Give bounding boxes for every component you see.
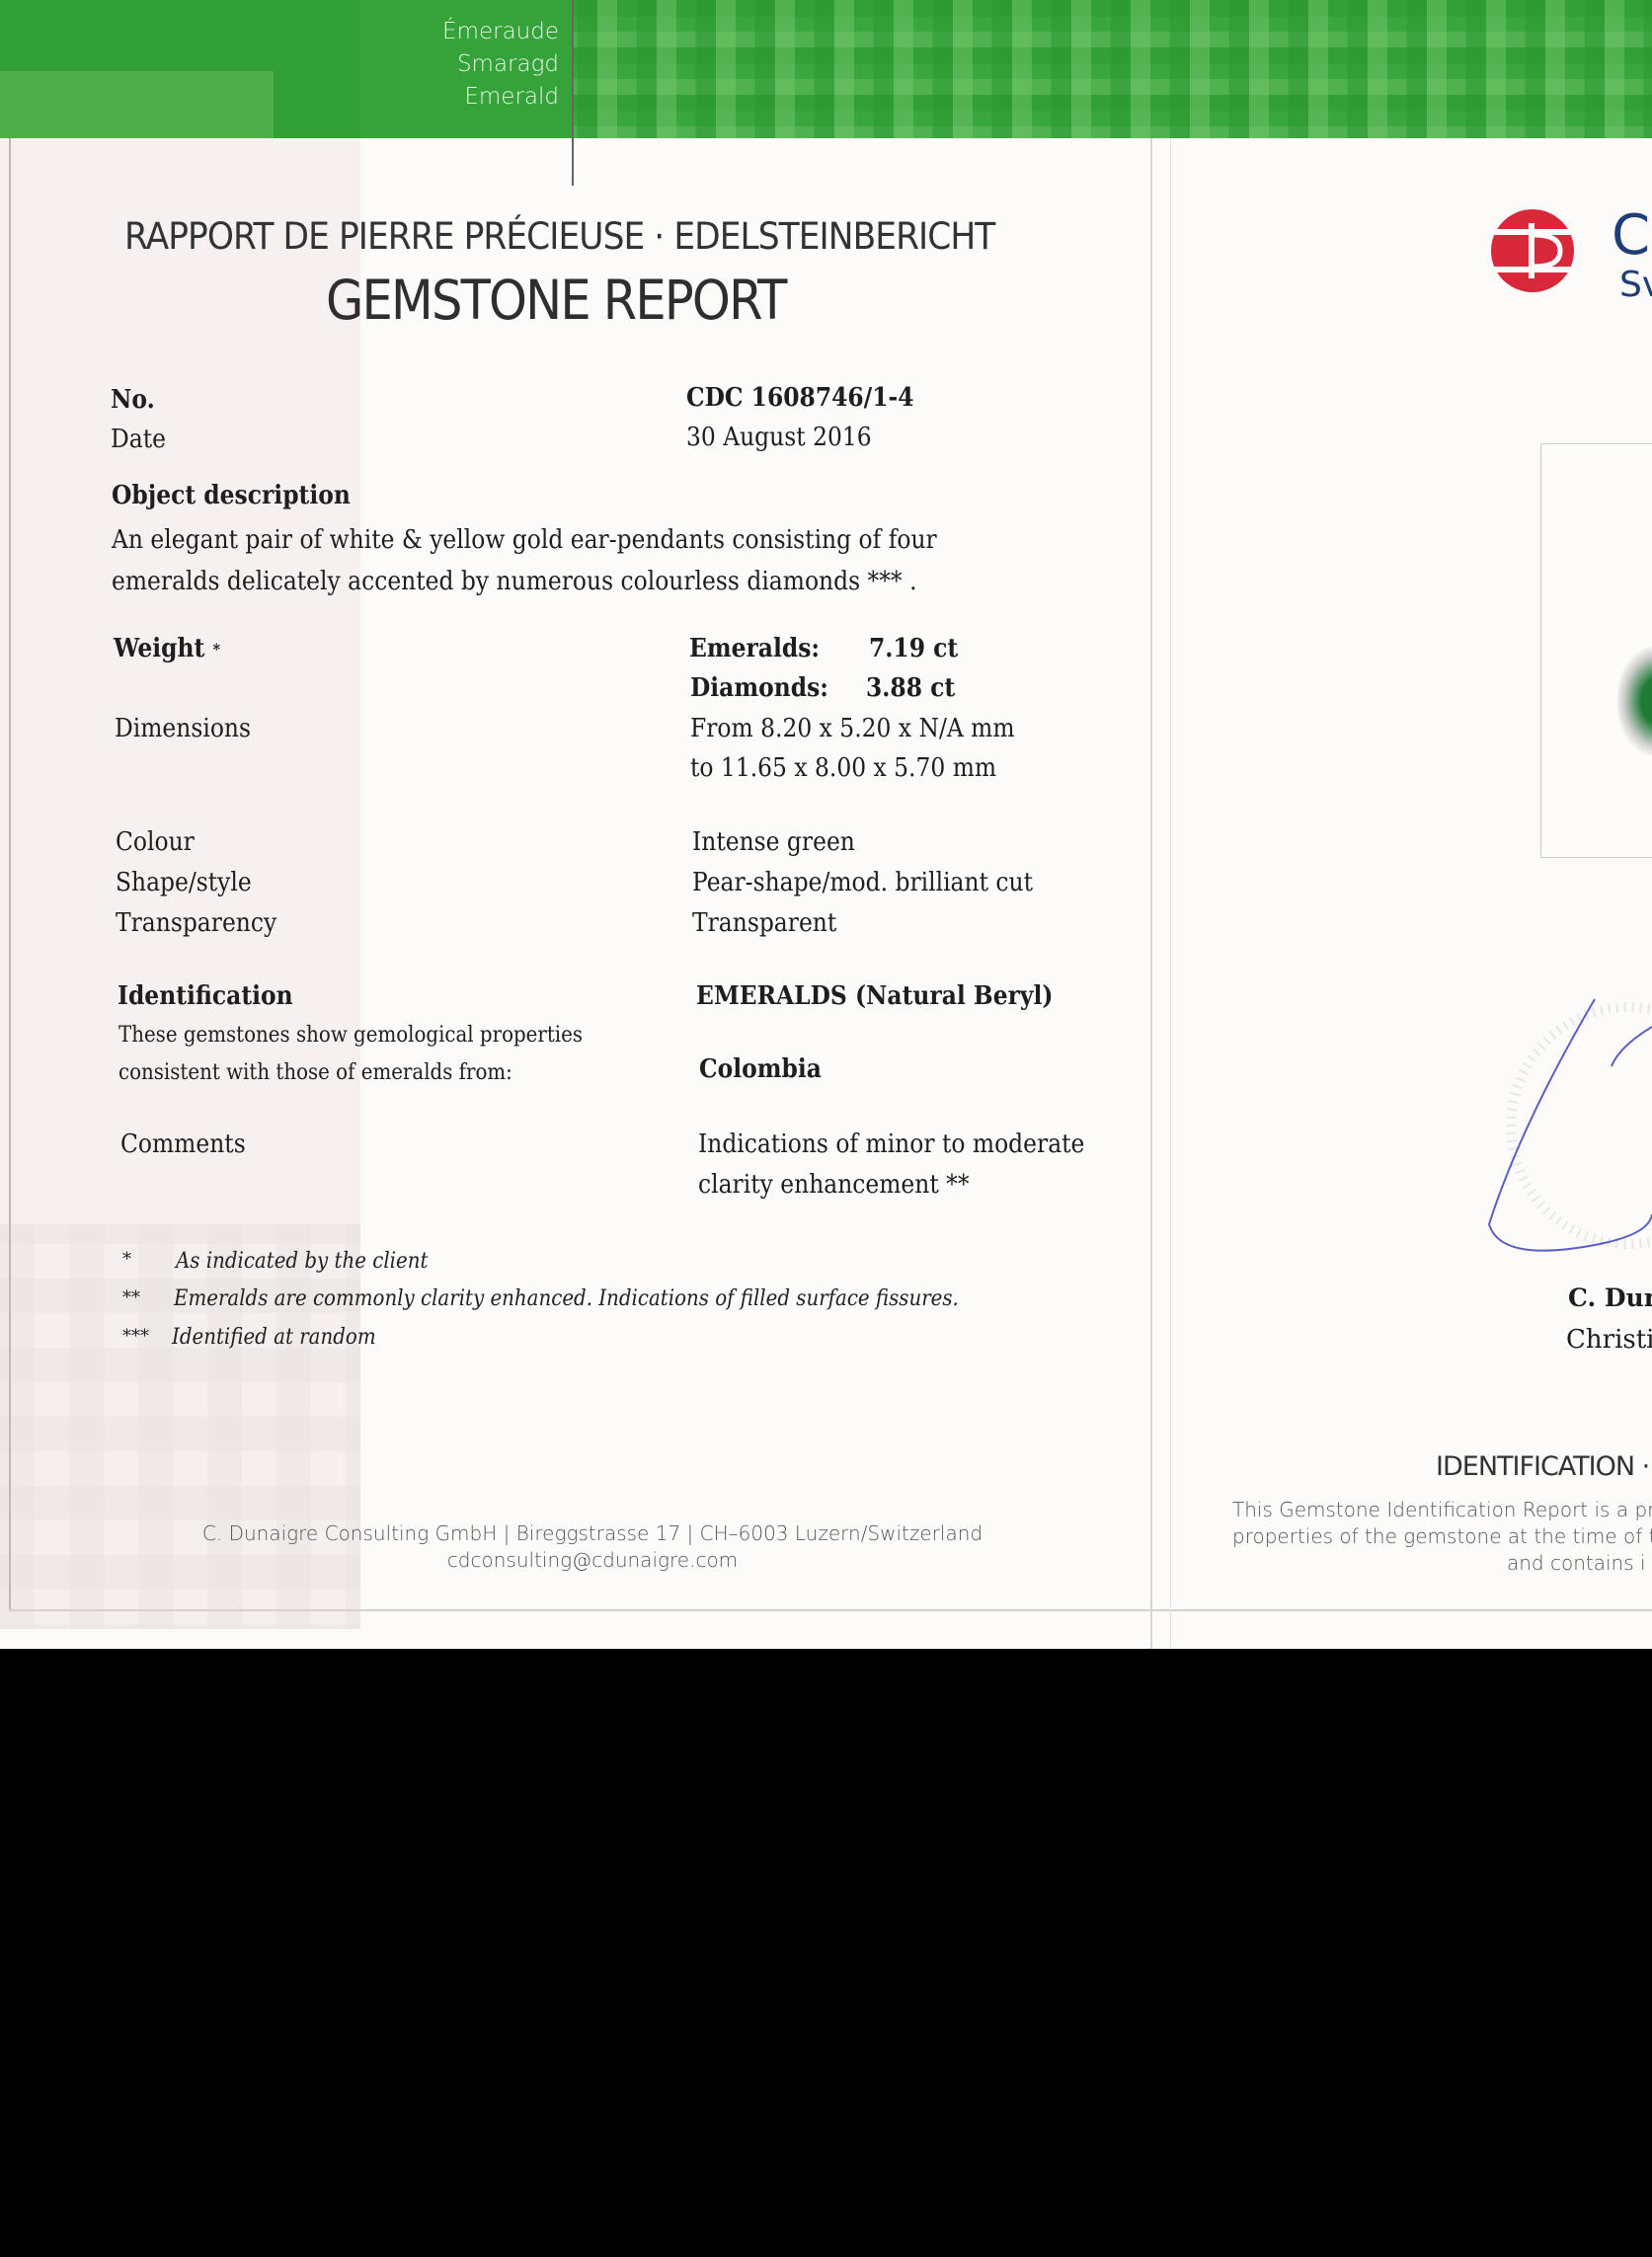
dimensions-line-1: From 8.20 x 5.20 x N/A mm xyxy=(690,714,1015,743)
brand-name: C xyxy=(1612,203,1650,268)
weight-mark: * xyxy=(212,640,220,659)
company-address: C. Dunaigre Consulting GmbH | Bireggstra… xyxy=(188,1520,997,1547)
id-text-line-2: properties of the gemstone at the time o… xyxy=(1232,1523,1652,1550)
brand-subtitle: Sv xyxy=(1619,265,1652,305)
cd-logo-icon xyxy=(1489,209,1576,292)
footnote-mark-1: * xyxy=(122,1249,131,1270)
footnote-mark-2: ** xyxy=(122,1287,140,1308)
comments-line-2: clarity enhancement ** xyxy=(698,1170,970,1200)
signatory-first-name: Christi xyxy=(1566,1325,1652,1355)
object-label: Object description xyxy=(112,481,351,510)
id-text-line-3: and contains i xyxy=(1232,1550,1652,1577)
colour-value: Intense green xyxy=(692,827,855,857)
band-light-rect xyxy=(0,71,274,138)
footnote-1: As indicated by the client xyxy=(176,1249,428,1274)
vertical-rule xyxy=(572,0,574,186)
header-band: Émeraude Smaragd Emerald xyxy=(0,0,1652,138)
page-fold-shadow xyxy=(1170,138,1171,1649)
number-label: No. xyxy=(111,385,155,415)
signature-icon xyxy=(1481,948,1652,1303)
footnote-3: Identified at random xyxy=(172,1325,376,1350)
weight-diamonds: 3.88 ct xyxy=(866,673,955,703)
identification-value: EMERALDS (Natural Beryl) xyxy=(696,981,1053,1011)
object-line-2: emeralds delicately accented by numerous… xyxy=(112,561,1027,602)
identification-label: Identification xyxy=(118,981,293,1011)
gem-name-en: Emerald xyxy=(415,81,559,114)
id-text-line-1: This Gemstone Identification Report is a… xyxy=(1232,1497,1652,1523)
comments-line-1: Indications of minor to moderate xyxy=(698,1129,1084,1159)
shape-label: Shape/style xyxy=(116,868,252,897)
footnote-mark-3: *** xyxy=(122,1326,149,1347)
report-date: 30 August 2016 xyxy=(686,423,872,452)
page-title: GEMSTONE REPORT xyxy=(326,269,786,332)
page-edge-bottom xyxy=(9,1609,1652,1611)
weight-diamonds-label: Diamonds: xyxy=(690,673,828,703)
transparency-label: Transparency xyxy=(116,908,276,938)
gem-name-fr: Émeraude xyxy=(415,16,559,48)
title-multilingual: RAPPORT DE PIERRE PRÉCIEUSE · EDELSTEINB… xyxy=(124,215,997,258)
footnote-2: Emeralds are commonly clarity enhanced. … xyxy=(174,1286,959,1311)
gem-names: Émeraude Smaragd Emerald xyxy=(415,16,559,114)
gemstone-report-sheet: Émeraude Smaragd Emerald RAPPORT DE PIER… xyxy=(0,0,1652,1649)
weight-label: Weight * xyxy=(114,634,220,663)
dimensions-label: Dimensions xyxy=(115,714,251,743)
weight-label-text: Weight xyxy=(114,634,204,663)
identification-text: This Gemstone Identification Report is a… xyxy=(1232,1497,1652,1577)
shape-value: Pear-shape/mod. brilliant cut xyxy=(692,868,1033,897)
object-line-1: An elegant pair of white & yellow gold e… xyxy=(112,519,1027,561)
signatory-name: C. Dun xyxy=(1568,1284,1652,1312)
transparency-value: Transparent xyxy=(692,908,836,938)
page-edge-left xyxy=(9,138,11,1609)
origin-value: Colombia xyxy=(699,1054,822,1084)
company-footer: C. Dunaigre Consulting GmbH | Bireggstra… xyxy=(188,1520,997,1574)
date-label: Date xyxy=(111,425,166,454)
report-number: CDC 1608746/1-4 xyxy=(686,383,913,413)
company-email[interactable]: cdconsulting@cdunaigre.com xyxy=(188,1547,997,1574)
page-fold xyxy=(1150,0,1152,1649)
identification-heading: IDENTIFICATION · xyxy=(1436,1451,1649,1482)
origin-text-1: These gemstones show gemological propert… xyxy=(118,1023,583,1048)
comments-label: Comments xyxy=(120,1129,246,1159)
gem-name-de: Smaragd xyxy=(415,48,559,81)
weight-emeralds-label: Emeralds: xyxy=(689,634,820,663)
dimensions-line-2: to 11.65 x 8.00 x 5.70 mm xyxy=(690,753,996,783)
weight-emeralds: 7.19 ct xyxy=(869,634,958,663)
colour-label: Colour xyxy=(116,827,195,857)
origin-text-2: consistent with those of emeralds from: xyxy=(118,1060,512,1085)
object-description: An elegant pair of white & yellow gold e… xyxy=(112,519,1027,602)
